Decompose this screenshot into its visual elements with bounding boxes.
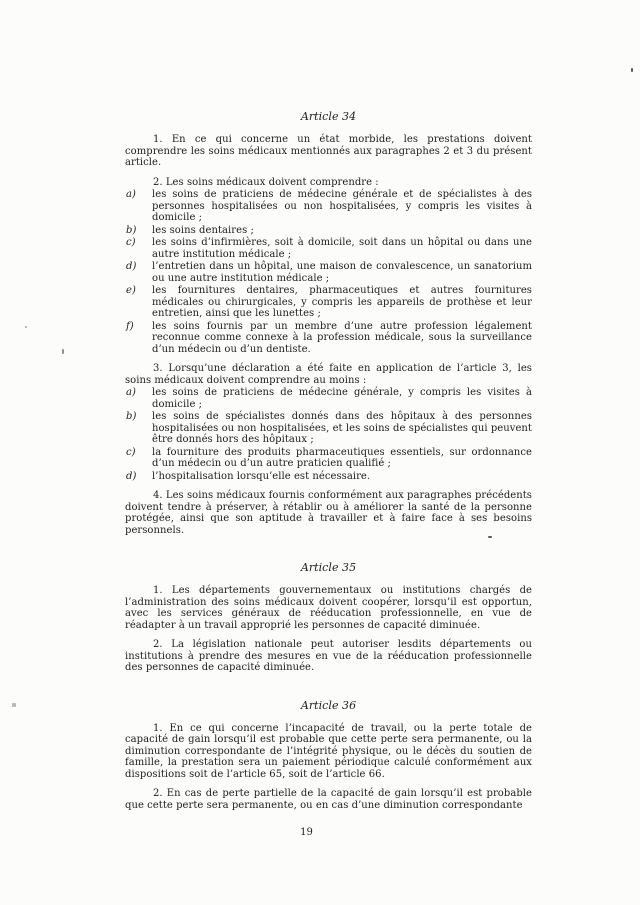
- list-item: c)la fourniture des produits pharmaceuti…: [125, 447, 532, 470]
- article-heading: Article 35: [125, 561, 532, 574]
- list-item: b)les soins dentaires ;: [125, 225, 532, 237]
- paragraph: 1. En ce qui concerne l’incapacité de tr…: [125, 723, 532, 781]
- list-item: a)les soins de praticiens de médecine gé…: [125, 189, 532, 224]
- scan-speck: [25, 326, 27, 328]
- item-marker: d): [126, 471, 136, 483]
- item-text: les fournitures dentaires, pharmaceutiqu…: [152, 285, 532, 319]
- paragraph: 2. La législation nationale peut autoris…: [125, 639, 532, 674]
- article-heading: Article 36: [125, 699, 532, 712]
- list-item: c)les soins d’infirmières, soit à domici…: [125, 237, 532, 260]
- list-item: b)les soins de spécialistes donnés dans …: [125, 411, 532, 446]
- paragraph: 2. Les soins médicaux doivent comprendre…: [125, 177, 532, 189]
- item-text: les soins dentaires ;: [152, 225, 254, 236]
- item-marker: a): [126, 189, 136, 201]
- item-marker: b): [126, 411, 136, 423]
- page-number: 19: [103, 827, 510, 839]
- item-marker: e): [126, 285, 136, 297]
- scanned-document-page: Article 341. En ce qui concerne un état …: [0, 0, 640, 905]
- item-text: l’entretien dans un hôpital, une maison …: [152, 261, 532, 284]
- list-item: d)l’entretien dans un hôpital, une maiso…: [125, 261, 532, 284]
- scan-speck: [488, 536, 492, 538]
- paragraph: 1. En ce qui concerne un état morbide, l…: [125, 134, 532, 169]
- item-text: les soins de praticiens de médecine géné…: [152, 387, 532, 410]
- paragraph: 2. En cas de perte partielle de la capac…: [125, 788, 532, 811]
- item-text: les soins de praticiens de médecine géné…: [152, 189, 532, 223]
- list-item: e)les fournitures dentaires, pharmaceuti…: [125, 285, 532, 320]
- item-text: les soins d’infirmières, soit à domicile…: [152, 237, 532, 260]
- item-marker: d): [126, 261, 136, 273]
- item-marker: c): [126, 447, 136, 459]
- item-text: les soins de spécialistes donnés dans de…: [152, 411, 532, 445]
- document-text-block: Article 341. En ce qui concerne un état …: [125, 110, 532, 839]
- list-item: a)les soins de praticiens de médecine gé…: [125, 387, 532, 410]
- item-text: l’hospitalisation lorsqu’elle est nécess…: [152, 471, 370, 482]
- paragraph: 1. Les départements gouvernementaux ou i…: [125, 585, 532, 631]
- item-marker: f): [126, 321, 134, 333]
- list-item: d)l’hospitalisation lorsqu’elle est néce…: [125, 471, 532, 483]
- item-marker: b): [126, 225, 136, 237]
- item-text: les soins fournis par un membre d’une au…: [152, 321, 532, 355]
- paragraph: 4. Les soins médicaux fournis conforméme…: [125, 490, 532, 536]
- article-heading: Article 34: [125, 110, 532, 123]
- paragraph: 3. Lorsqu’une déclaration a été faite en…: [125, 363, 532, 386]
- scan-speck: [62, 349, 64, 354]
- item-marker: a): [126, 387, 136, 399]
- scan-speck: [631, 68, 633, 72]
- item-text: la fourniture des produits pharmaceutiqu…: [152, 447, 532, 470]
- list-item: f)les soins fournis par un membre d’une …: [125, 321, 532, 356]
- item-marker: c): [126, 237, 136, 249]
- scan-speck: [12, 703, 16, 707]
